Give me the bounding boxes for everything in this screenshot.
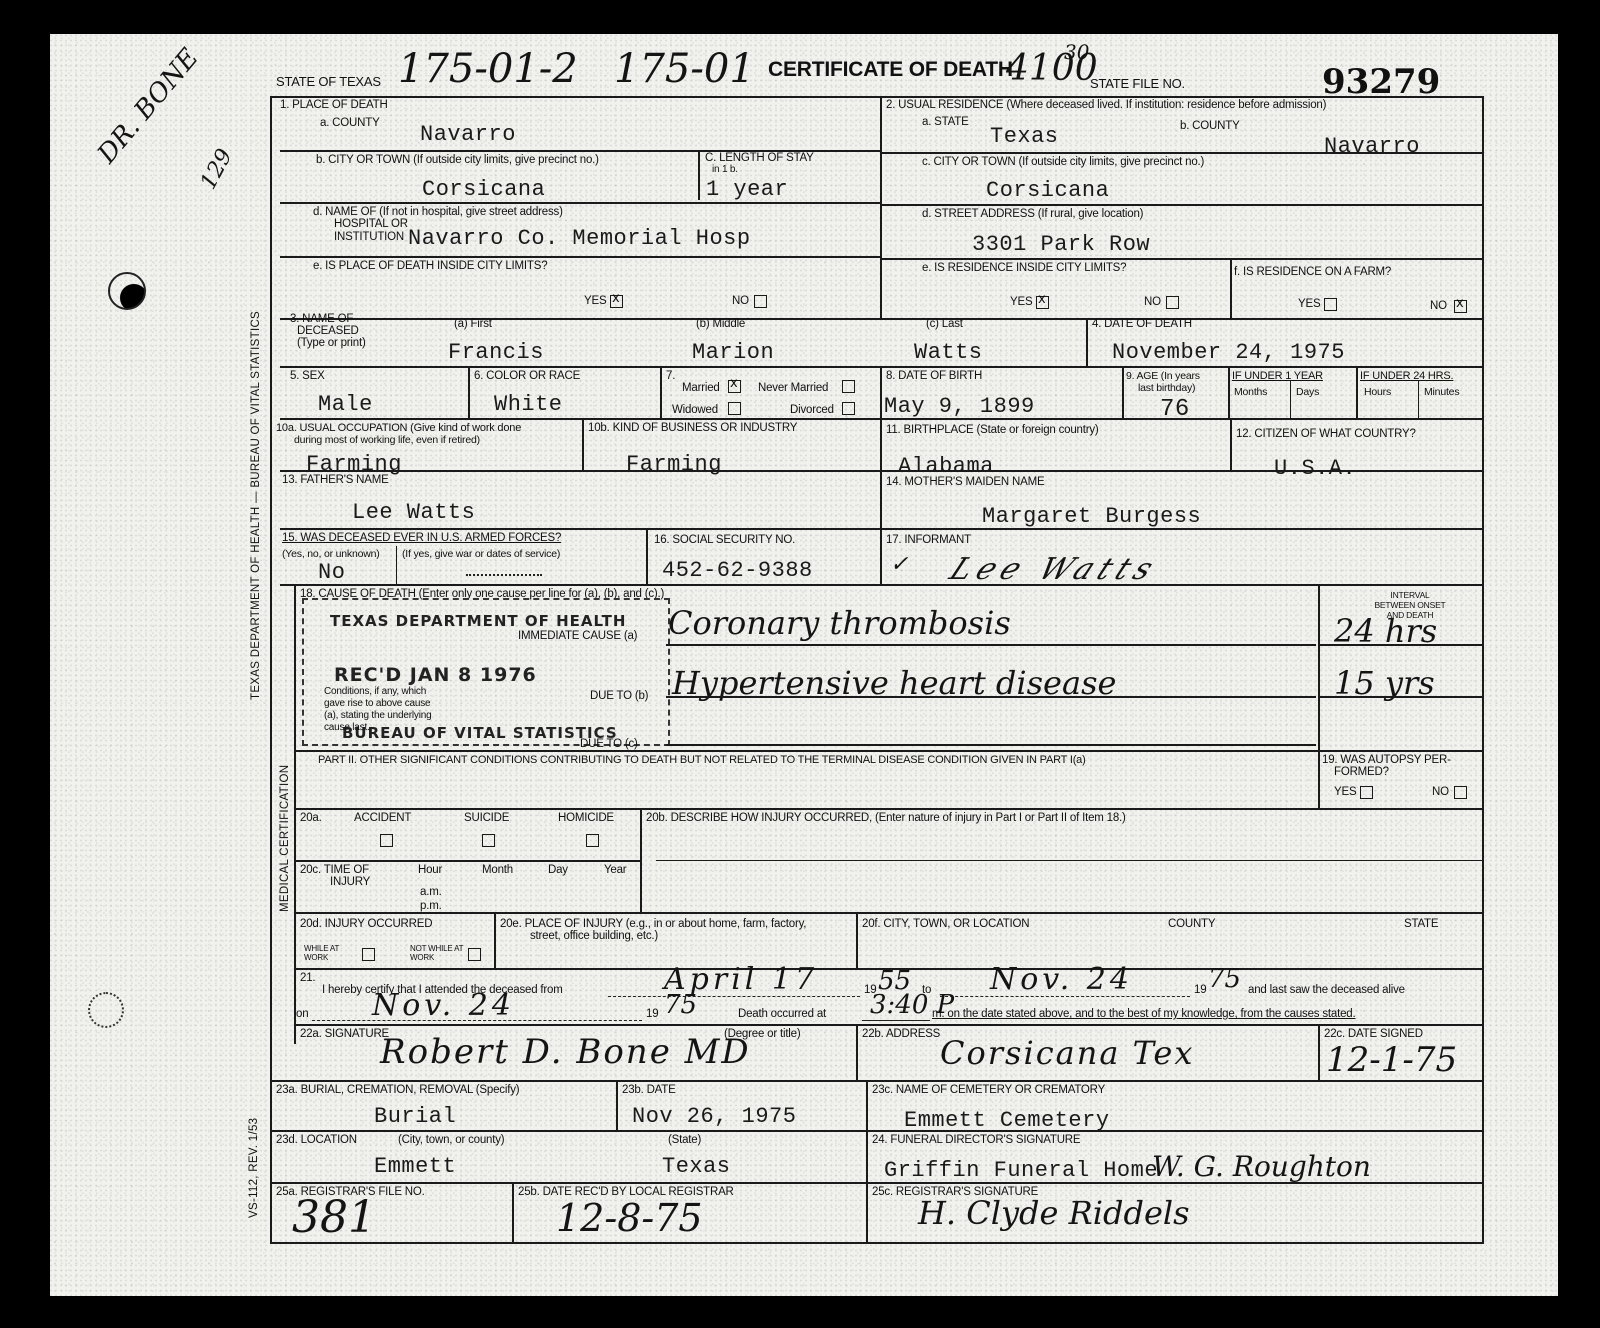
days-label: Days	[1296, 386, 1319, 398]
first-name-value: Francis	[448, 340, 544, 365]
row-line	[280, 256, 880, 258]
col-line	[1230, 258, 1232, 320]
informant-signature: Lee Watts	[944, 552, 1165, 587]
death-city-value: Corsicana	[422, 177, 545, 202]
length-of-stay-sublabel: in 1 b.	[712, 164, 738, 176]
accident-checkbox[interactable]	[380, 834, 393, 847]
handwritten-superscript: 30	[1064, 40, 1089, 64]
certificate-title: CERTIFICATE OF DEATH	[768, 64, 1013, 76]
date-of-death-label: 4. DATE OF DEATH	[1092, 318, 1192, 330]
occupation-label-2: during most of working life, even if ret…	[294, 434, 480, 446]
last-name-label: (c) Last	[926, 318, 963, 330]
physician-signature: Robert D. Bone MD	[380, 1032, 751, 1072]
registrar-file-value: 381	[292, 1192, 376, 1243]
occupation-label: 10a. USUAL OCCUPATION (Give kind of work…	[276, 422, 521, 434]
cause-line-c	[666, 744, 1316, 746]
certification-text-2: and last saw the deceased alive	[1248, 984, 1405, 996]
sex-value: Male	[318, 392, 373, 417]
col-line	[1228, 366, 1230, 418]
attended-to-date: Nov. 24	[990, 962, 1133, 997]
row-line	[280, 202, 880, 204]
to-year-prefix: 19	[1194, 984, 1206, 996]
citizen-label: 12. CITIZEN OF WHAT COUNTRY?	[1236, 428, 1416, 440]
death-inside-yes-label: YES	[584, 295, 606, 307]
widowed-label: Widowed	[672, 404, 718, 416]
time-of-injury-label-2: INJURY	[330, 876, 370, 888]
row-line	[270, 1182, 1482, 1184]
attended-to-year: 75	[1208, 964, 1241, 994]
interval-line-a	[1318, 644, 1482, 646]
frame-bottom	[270, 1242, 1484, 1244]
col-line	[880, 418, 882, 584]
death-inside-no-label: NO	[732, 295, 749, 307]
death-city-label: b. CITY OR TOWN (If outside city limits,…	[316, 154, 599, 166]
injury-state-label: STATE	[1404, 918, 1438, 930]
col-line	[396, 546, 397, 584]
col-line	[856, 1024, 858, 1080]
middle-name-value: Marion	[692, 340, 774, 365]
armed-forces-sublabel-2: (If yes, give war or dates of service)	[402, 548, 560, 560]
state-file-label: STATE FILE NO.	[1090, 78, 1185, 90]
residence-county-label: b. COUNTY	[1180, 120, 1240, 132]
punch-hole-bottom	[88, 992, 124, 1028]
age-label: 9. AGE (In years	[1126, 370, 1200, 382]
frame-left	[270, 96, 272, 1244]
cause-line-a	[666, 644, 1316, 646]
from-line	[608, 996, 860, 997]
row-line	[270, 1130, 1482, 1132]
vertical-medical-label: MEDICAL CERTIFICATION	[279, 765, 291, 912]
hospital-label-2: HOSPITAL OR	[334, 218, 408, 230]
injury-county-label: COUNTY	[1168, 918, 1215, 930]
death-inside-yes-checkbox[interactable]	[610, 295, 623, 308]
injury-occurred-label: 20d. INJURY OCCURRED	[300, 918, 432, 930]
homicide-checkbox[interactable]	[586, 834, 599, 847]
autopsy-label-2: FORMED?	[1334, 766, 1389, 778]
mother-label: 14. MOTHER'S MAIDEN NAME	[886, 476, 1044, 488]
part2-label: PART II. OTHER SIGNIFICANT CONDITIONS CO…	[318, 754, 1086, 766]
hospital-label-3: INSTITUTION	[334, 231, 404, 243]
row-line	[656, 860, 1482, 861]
autopsy-no-label: NO	[1432, 786, 1449, 798]
disposition-date-label: 23b. DATE	[622, 1084, 676, 1096]
col-line	[880, 366, 882, 418]
autopsy-yes-checkbox[interactable]	[1360, 786, 1373, 799]
punch-hole-top	[108, 272, 146, 310]
age-label-2: last birthday)	[1138, 382, 1195, 394]
homicide-label: HOMICIDE	[558, 812, 614, 824]
col-line	[640, 808, 642, 912]
col-line	[866, 1080, 868, 1242]
residence-inside-yes-checkbox[interactable]	[1036, 296, 1049, 309]
to-line	[940, 996, 1190, 997]
name-label-2: DECEASED	[297, 325, 359, 337]
col-line	[494, 912, 496, 968]
death-county-label: a. COUNTY	[320, 117, 380, 129]
location-state-value: Texas	[662, 1154, 731, 1179]
name-label: 3. NAME OF	[290, 313, 353, 325]
birthplace-label: 11. BIRTHPLACE (State or foreign country…	[886, 424, 1099, 436]
dob-label: 8. DATE OF BIRTH	[886, 370, 982, 382]
frame-top	[270, 96, 1484, 98]
widowed-checkbox[interactable]	[728, 402, 741, 415]
cause-line-b	[666, 696, 1316, 698]
accident-label: ACCIDENT	[354, 812, 411, 824]
location-label: 23d. LOCATION	[276, 1134, 357, 1146]
col-line	[698, 150, 700, 200]
race-value: White	[494, 392, 563, 417]
place-of-injury-label-2: street, office building, etc.)	[530, 930, 658, 942]
physician-address-label: 22b. ADDRESS	[862, 1028, 940, 1040]
col-line	[1086, 318, 1088, 366]
not-while-work-checkbox[interactable]	[468, 948, 481, 961]
never-married-checkbox[interactable]	[842, 380, 855, 393]
ssn-label: 16. SOCIAL SECURITY NO.	[654, 534, 795, 546]
row-line	[280, 470, 1482, 472]
dob-value: May 9, 1899	[884, 394, 1035, 419]
while-work-checkbox[interactable]	[362, 948, 375, 961]
death-inside-limits-label: e. IS PLACE OF DEATH INSIDE CITY LIMITS?	[313, 260, 547, 272]
death-occurred-label: Death occurred at	[738, 1008, 826, 1020]
certification-text-3: m. on the date stated above, and to the …	[932, 1008, 1355, 1020]
divider-center-top	[880, 96, 882, 320]
col-line	[856, 912, 858, 968]
married-label: Married	[682, 382, 720, 394]
interval-line-b	[1318, 696, 1482, 698]
immediate-cause-label: IMMEDIATE CAUSE (a)	[518, 630, 637, 642]
col-line	[582, 418, 584, 470]
am-label: a.m.	[420, 886, 442, 898]
last-seen-year: 75	[664, 990, 697, 1020]
residence-farm-yes-checkbox[interactable]	[1324, 298, 1337, 311]
middle-name-label: (b) Middle	[696, 318, 745, 330]
frame-right	[1482, 96, 1484, 1244]
funeral-director-label: 24. FUNERAL DIRECTOR'S SIGNATURE	[872, 1134, 1080, 1146]
time-line	[862, 1020, 930, 1021]
vertical-dept-label: TEXAS DEPARTMENT OF HEALTH — BUREAU OF V…	[250, 311, 262, 700]
never-married-label: Never Married	[758, 382, 828, 394]
col-line	[1122, 366, 1124, 418]
handwritten-code-2: 175-01	[614, 46, 755, 92]
col-line	[1230, 418, 1232, 470]
col-line	[1318, 1024, 1320, 1080]
col-line	[468, 366, 470, 418]
armed-forces-value: No	[318, 560, 345, 585]
date-signed-value: 12-1-75	[1326, 1040, 1457, 1080]
married-checkbox[interactable]	[728, 380, 741, 393]
injury-city-label: 20f. CITY, TOWN, OR LOCATION	[862, 918, 1029, 930]
col-line	[1290, 380, 1291, 418]
residence-street-value: 3301 Park Row	[972, 232, 1150, 257]
residence-state-label: a. STATE	[922, 116, 969, 128]
father-value: Lee Watts	[352, 500, 475, 525]
residence-farm-no-checkbox[interactable]	[1454, 300, 1467, 313]
death-inside-no-checkbox[interactable]	[754, 295, 767, 308]
row-line	[880, 258, 1482, 260]
certification-number: 21.	[300, 972, 315, 984]
registrar-signature: H. Clyde Riddels	[918, 1194, 1190, 1232]
ssn-value: 452-62-9388	[662, 558, 813, 583]
residence-farm-label: f. IS RESIDENCE ON A FARM?	[1234, 266, 1391, 278]
residence-farm-no-label: NO	[1430, 300, 1447, 312]
cause-a-value: Coronary thrombosis	[668, 604, 1011, 642]
due-to-c-label: DUE TO (c)	[580, 738, 638, 750]
mother-value: Margaret Burgess	[982, 504, 1201, 529]
residence-farm-yes-label: YES	[1298, 298, 1320, 310]
hospital-label: d. NAME OF (If not in hospital, give str…	[313, 206, 563, 218]
date-signed-label: 22c. DATE SIGNED	[1324, 1028, 1423, 1040]
suicide-checkbox[interactable]	[482, 834, 495, 847]
form-number: VS-112, REV. 1/53	[248, 1118, 260, 1218]
row-line	[294, 860, 640, 862]
race-label: 6. COLOR OR RACE	[474, 370, 580, 382]
not-while-work-label: NOT WHILE AT WORK	[410, 944, 466, 962]
state-of-texas-label: STATE OF TEXAS	[276, 76, 381, 88]
col-line	[646, 528, 648, 584]
sex-label: 5. SEX	[290, 370, 325, 382]
row-line	[280, 528, 1482, 530]
first-name-label: (a) First	[454, 318, 492, 330]
col-line	[616, 1080, 618, 1130]
row-line	[270, 1080, 1482, 1082]
stamp-line-1: TEXAS DEPARTMENT OF HEALTH	[330, 612, 626, 630]
while-work-label: WHILE AT WORK	[304, 944, 350, 962]
row-line	[294, 912, 1482, 914]
conditions-label: Conditions, if any, which gave rise to a…	[324, 686, 434, 734]
on-line	[312, 1020, 642, 1021]
disposition-date-value: Nov 26, 1975	[632, 1104, 796, 1129]
row-line	[294, 808, 1482, 810]
death-county-value: Navarro	[420, 122, 516, 147]
residence-city-label: c. CITY OR TOWN (If outside city limits,…	[922, 156, 1204, 168]
medical-frame-left	[294, 584, 296, 1044]
industry-value: Farming	[626, 452, 722, 477]
length-of-stay-label: c. LENGTH OF STAY	[705, 152, 814, 164]
usual-residence-label: 2. USUAL RESIDENCE (Where deceased lived…	[886, 99, 1326, 111]
location-city-label: (City, town, or county)	[398, 1134, 504, 1146]
name-label-3: (Type or print)	[297, 337, 366, 349]
industry-label: 10b. KIND OF BUSINESS OR INDUSTRY	[588, 422, 797, 434]
citizen-value: U.S.A.	[1274, 456, 1356, 481]
col-line	[512, 1182, 514, 1242]
stamp-line-2: REC'D JAN 8 1976	[334, 664, 537, 686]
informant-label: 17. INFORMANT	[886, 534, 971, 546]
last-seen-date: Nov. 24	[372, 988, 515, 1023]
date-of-death-value: November 24, 1975	[1112, 340, 1345, 365]
autopsy-no-checkbox[interactable]	[1454, 786, 1467, 799]
armed-forces-label: 15. WAS DECEASED EVER IN U.S. ARMED FORC…	[282, 532, 561, 544]
on-label: on	[296, 1008, 308, 1020]
residence-state-value: Texas	[990, 124, 1059, 149]
year-label: Year	[604, 864, 626, 876]
location-city-value: Emmett	[374, 1154, 456, 1179]
residence-inside-yes-label: YES	[1010, 296, 1032, 308]
disposition-method-label: 23a. BURIAL, CREMATION, REMOVAL (Specify…	[276, 1084, 519, 1096]
location-state-label: (State)	[668, 1134, 701, 1146]
month-label: Month	[482, 864, 513, 876]
row-line	[294, 750, 1482, 752]
row-line	[880, 204, 1482, 206]
cemetery-label: 23c. NAME OF CEMETERY OR CREMATORY	[872, 1084, 1105, 1096]
funeral-director-signature: W. G. Roughton	[1152, 1150, 1371, 1183]
residence-street-label: d. STREET ADDRESS (If rural, give locati…	[922, 208, 1143, 220]
col-line	[660, 366, 662, 418]
row-line	[280, 584, 1482, 586]
col-line	[1418, 380, 1419, 418]
hours-label: Hours	[1364, 386, 1391, 398]
physician-signature-label: 22a. SIGNATURE	[300, 1028, 389, 1040]
father-label: 13. FATHER'S NAME	[282, 474, 389, 486]
residence-inside-limits-label: e. IS RESIDENCE INSIDE CITY LIMITS?	[922, 262, 1126, 274]
residence-county-value: Navarro	[1324, 134, 1420, 159]
marital-label: 7.	[666, 370, 675, 382]
funeral-home-value: Griffin Funeral Home	[884, 1158, 1158, 1183]
minutes-label: Minutes	[1424, 386, 1459, 398]
length-of-stay-value: 1 year	[706, 177, 788, 202]
divorced-label: Divorced	[790, 404, 834, 416]
under-year-label: IF UNDER 1 YEAR	[1232, 370, 1323, 382]
registrar-date-value: 12-8-75	[556, 1196, 703, 1240]
residence-city-value: Corsicana	[986, 178, 1109, 203]
place-of-injury-label: 20e. PLACE OF INJURY (e.g., in or about …	[500, 918, 806, 930]
hospital-value: Navarro Co. Memorial Hosp	[408, 226, 751, 251]
place-of-death-label: 1. PLACE OF DEATH	[280, 99, 388, 111]
describe-injury-label: 20b. DESCRIBE HOW INJURY OCCURRED, (Ente…	[646, 812, 1126, 824]
physician-address: Corsicana Tex	[940, 1034, 1194, 1072]
informant-check: ✓	[890, 552, 908, 577]
armed-forces-sublabel-1: (Yes, no, or unknown)	[282, 548, 380, 560]
autopsy-yes-label: YES	[1334, 786, 1356, 798]
armed-forces-dash	[466, 574, 542, 576]
under-24-label: IF UNDER 24 HRS.	[1360, 370, 1453, 382]
handwritten-code-1: 175-01-2	[398, 46, 578, 92]
residence-inside-no-label: NO	[1144, 296, 1161, 308]
pm-label: p.m.	[420, 900, 442, 912]
col-line	[1356, 366, 1358, 418]
residence-inside-no-checkbox[interactable]	[1166, 296, 1179, 309]
last-name-value: Watts	[914, 340, 983, 365]
autopsy-label: 19. WAS AUTOPSY PER-	[1322, 754, 1451, 766]
hour-label: Hour	[418, 864, 442, 876]
row-line	[294, 1024, 1482, 1026]
last-seen-year-prefix: 19	[646, 1008, 658, 1020]
time-of-injury-label: 20c. TIME OF	[300, 864, 369, 876]
injury-type-label: 20a.	[300, 812, 322, 824]
months-label: Months	[1234, 386, 1267, 398]
day-label: Day	[548, 864, 568, 876]
due-to-b-label: DUE TO (b)	[590, 690, 648, 702]
disposition-method-value: Burial	[374, 1104, 456, 1129]
suicide-label: SUICIDE	[464, 812, 509, 824]
row-line	[880, 152, 1482, 154]
divorced-checkbox[interactable]	[842, 402, 855, 415]
